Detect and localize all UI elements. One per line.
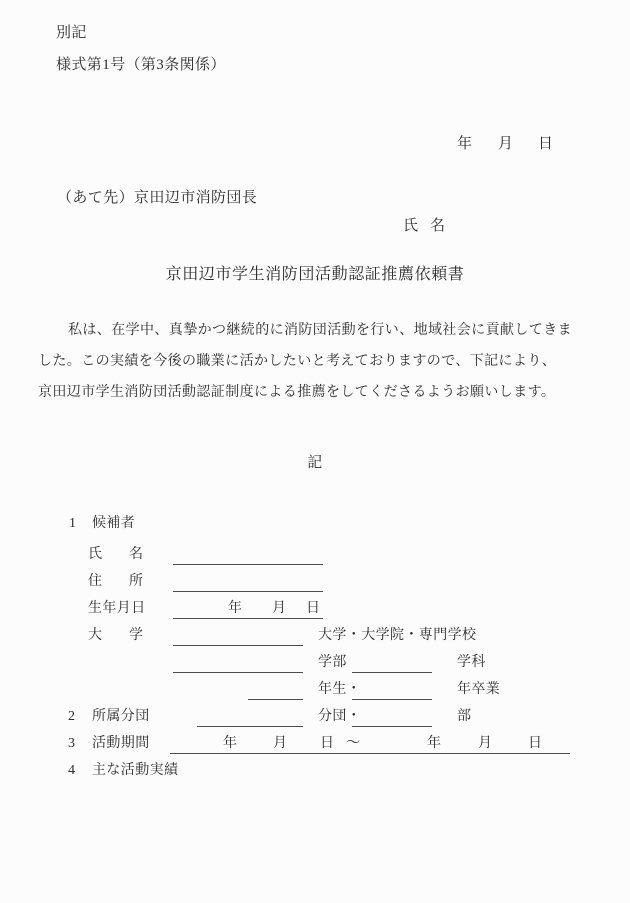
university-fill-line <box>173 628 303 646</box>
date-year-label: 年 <box>457 136 472 153</box>
date-day-label: 日 <box>538 136 553 153</box>
item-3-row: 3 活動期間 年 月 日 ～ 年 月 日 <box>0 736 630 758</box>
graduation-year-fill-line <box>352 682 432 700</box>
birthdate-fill-line <box>173 601 323 619</box>
period-start-month-label: 月 <box>273 736 287 752</box>
grade-row: 年生・ 年卒業 <box>0 682 630 704</box>
item-3-label: 活動期間 <box>92 736 150 752</box>
period-end-year-label: 年 <box>427 736 441 752</box>
squad-label: 部 <box>457 709 471 725</box>
department-fill-line <box>352 655 432 673</box>
grade-fill-line <box>248 682 303 700</box>
name-label-mei: 名 <box>430 218 445 235</box>
form-style-number: 様式第1号（第3条関係） <box>56 57 226 74</box>
name-label-shi: 氏 <box>403 218 418 235</box>
faculty-fill-line <box>173 655 303 673</box>
item-3-number: 3 <box>68 736 75 752</box>
period-start-year-label: 年 <box>223 736 237 752</box>
body-line-1: 私は、在学中、真摯かつ継続的に消防団活動を行い、地域社会に貢献してきま <box>68 323 572 339</box>
addressee-line: （あて先）京田辺市消防団長 <box>57 190 257 207</box>
birthdate-label: 生年月日 <box>88 601 146 617</box>
address-fill-line <box>173 574 323 592</box>
period-end-day-label: 日 <box>528 736 542 752</box>
graduation-label: 年卒業 <box>457 682 500 698</box>
item-4-label: 主な活動実績 <box>92 763 178 779</box>
birth-day-label: 日 <box>306 601 320 617</box>
candidate-name-label: 氏 名 <box>88 547 143 563</box>
document-page: 別記 様式第1号（第3条関係） 年 月 日 （あて先）京田辺市消防団長 氏 名 … <box>0 0 630 903</box>
date-month-label: 月 <box>498 136 513 153</box>
item-2-label: 所属分団 <box>92 709 150 725</box>
candidate-address-label: 住 所 <box>88 574 143 590</box>
squad-fill-line <box>352 709 432 727</box>
period-end-month-label: 月 <box>478 736 492 752</box>
division-fill-line <box>197 709 303 727</box>
university-row: 大 学 大学・大学院・専門学校 <box>0 628 630 650</box>
item-2-number: 2 <box>68 709 75 725</box>
candidate-name-row: 氏 名 <box>0 547 630 569</box>
item-1-number: 1 <box>69 516 76 532</box>
item-1-row: 1 候補者 <box>0 516 630 538</box>
document-title: 京田辺市学生消防団活動認証推薦依頼書 <box>0 266 630 284</box>
item-1-label: 候補者 <box>92 516 135 532</box>
period-start-day-label: 日 <box>320 736 334 752</box>
item-4-number: 4 <box>68 763 75 779</box>
name-fill-line <box>173 547 323 565</box>
ki-heading: 記 <box>0 455 630 472</box>
birth-month-label: 月 <box>272 601 286 617</box>
candidate-address-row: 住 所 <box>0 574 630 596</box>
item-2-row: 2 所属分団 分団・ 部 <box>0 709 630 731</box>
faculty-label: 学部 <box>318 655 347 671</box>
body-line-3: 京田辺市学生消防団活動認証制度による推薦をしてくださるようお願いします。 <box>38 385 555 401</box>
attachment-note: 別記 <box>56 25 87 42</box>
birth-year-label: 年 <box>228 601 242 617</box>
period-tilde: ～ <box>346 736 360 752</box>
university-label: 大 学 <box>88 628 143 644</box>
body-line-2: した。この実績を今後の職業に活かしたいと考えておりますので、下記により、 <box>38 354 556 370</box>
faculty-row: 学部 学科 <box>0 655 630 677</box>
item-4-row: 4 主な活動実績 <box>0 763 630 785</box>
university-type-label: 大学・大学院・専門学校 <box>318 628 476 644</box>
department-label: 学科 <box>457 655 486 671</box>
birthdate-row: 生年月日 年 月 日 <box>0 601 630 623</box>
